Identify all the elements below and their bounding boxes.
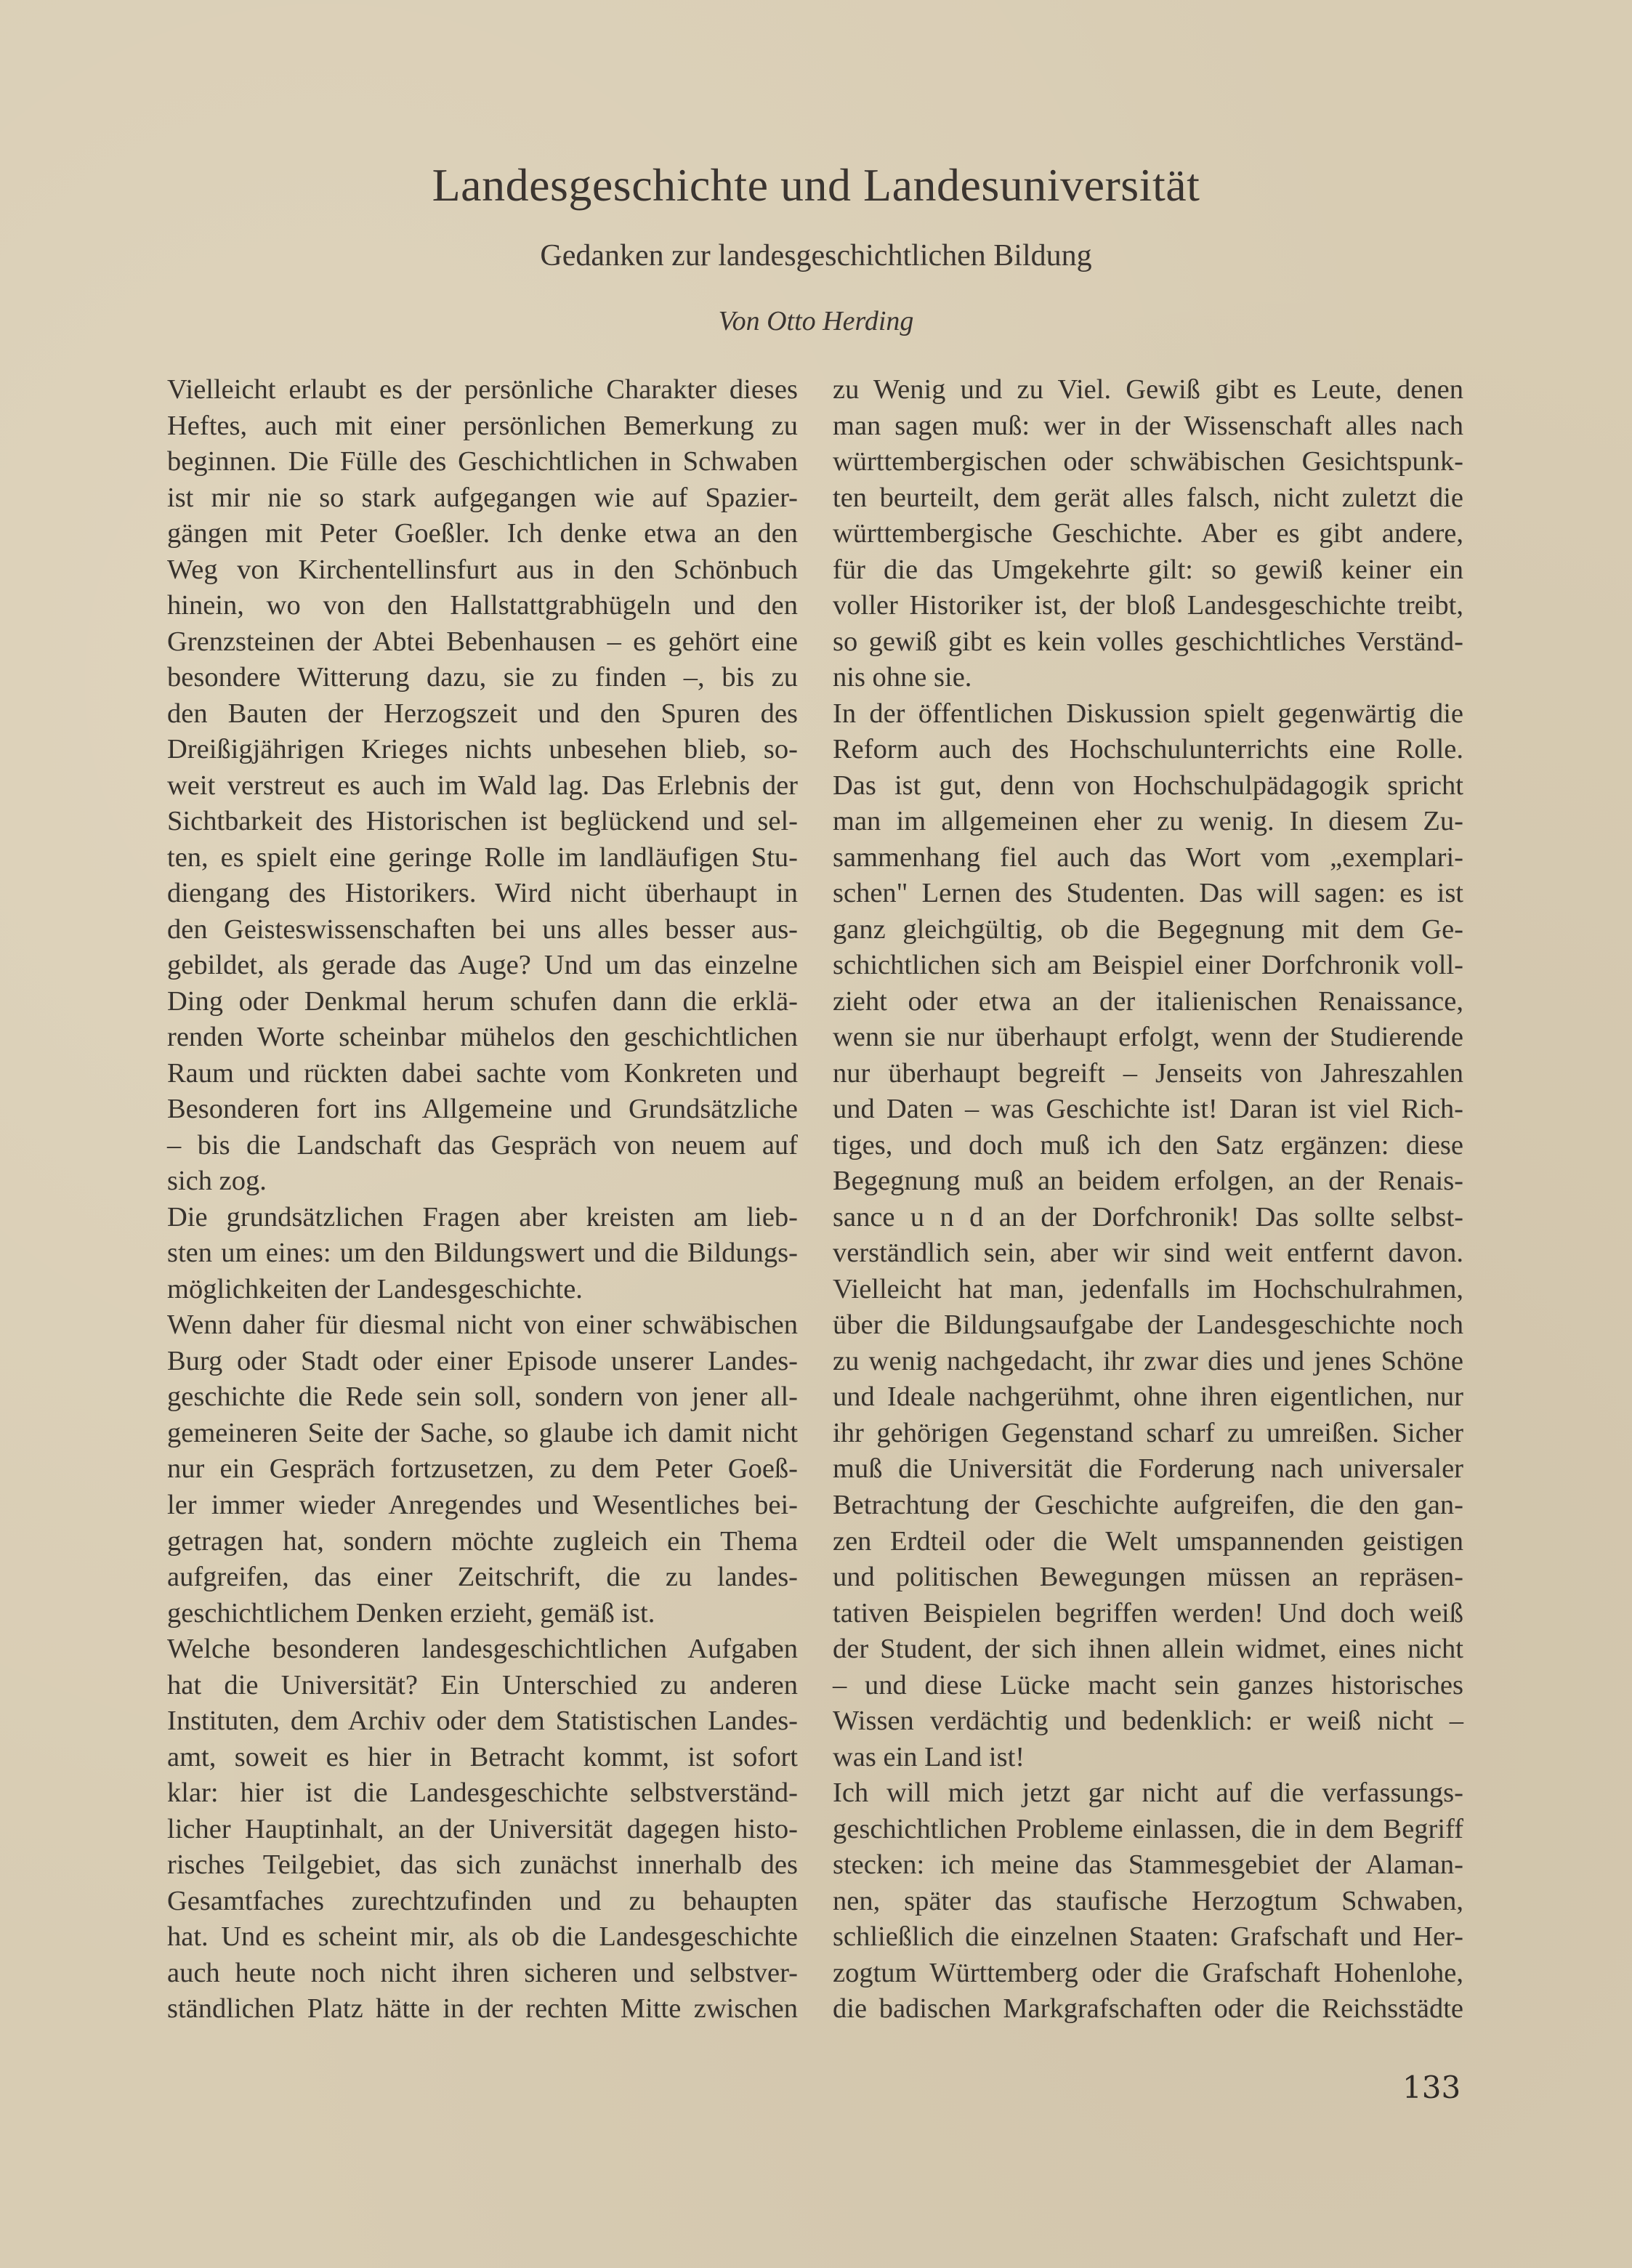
text-line: was ein Land ist!: [833, 1740, 1463, 1776]
text-line: Ich will mich jetzt gar nicht auf die ve…: [833, 1775, 1463, 1812]
text-line: nur ein Gespräch fortzusetzen, zu dem Pe…: [167, 1451, 798, 1488]
text-line: klar: hier ist die Landesgeschichte selb…: [167, 1775, 798, 1812]
text-line: beginnen. Die Fülle des Geschichtlichen …: [167, 444, 798, 480]
text-line: Besonderen fort ins Allgemeine und Grund…: [167, 1091, 798, 1128]
text-line: Burg oder Stadt oder einer Episode unser…: [167, 1344, 798, 1380]
text-line: Instituten, dem Archiv oder dem Statisti…: [167, 1703, 798, 1740]
text-line: ist mir nie so stark aufgegangen wie auf…: [167, 480, 798, 517]
text-line: Gesamtfaches zurechtzufinden und zu beha…: [167, 1884, 798, 1920]
text-line: Die grundsätzlichen Fragen aber kreisten…: [167, 1200, 798, 1236]
text-line: zogtum Württemberg oder die Grafschaft H…: [833, 1956, 1463, 1992]
article-title: Landesgeschichte und Landesuniversität: [0, 158, 1632, 212]
text-line: und Ideale nachgerühmt, ohne ihren eigen…: [833, 1379, 1463, 1416]
text-line: hat die Universität? Ein Unterschied zu …: [167, 1668, 798, 1704]
text-line: gebildet, als gerade das Auge? Und um da…: [167, 948, 798, 984]
text-line: Welche besonderen landesgeschichtlichen …: [167, 1631, 798, 1668]
text-line: sich zog.: [167, 1163, 798, 1200]
text-line: licher Hauptinhalt, an der Universität d…: [167, 1812, 798, 1848]
text-line: gängen mit Peter Goeßler. Ich denke etwa…: [167, 516, 798, 552]
text-line: man im allgemeinen eher zu wenig. In die…: [833, 804, 1463, 840]
text-line: ihr gehörigen Gegenstand scharf zu umrei…: [833, 1416, 1463, 1452]
text-line: ten beurteilt, dem gerät alles falsch, n…: [833, 480, 1463, 517]
text-line: Wenn daher für diesmal nicht von einer s…: [167, 1307, 798, 1344]
text-line: aufgreifen, das einer Zeitschrift, die z…: [167, 1559, 798, 1596]
text-line: Reform auch des Hochschulunterrichts ein…: [833, 732, 1463, 768]
text-line: besondere Witterung dazu, sie zu finden …: [167, 660, 798, 696]
text-line: hat. Und es scheint mir, als ob die Land…: [167, 1919, 798, 1956]
article-subtitle: Gedanken zur landesgeschichtlichen Bildu…: [0, 238, 1632, 273]
text-line: diengang des Historikers. Wird nicht übe…: [167, 876, 798, 912]
text-line: zu Wenig und zu Viel. Gewiß gibt es Leut…: [833, 372, 1463, 408]
text-line: Raum und rückten dabei sachte vom Konkre…: [167, 1056, 798, 1092]
text-line: – und diese Lücke macht sein ganzes hist…: [833, 1668, 1463, 1704]
text-line: nur überhaupt begreift – Jenseits von Ja…: [833, 1056, 1463, 1092]
text-line: gemeineren Seite der Sache, so glaube ic…: [167, 1416, 798, 1452]
text-line: ten, es spielt eine geringe Rolle im lan…: [167, 840, 798, 876]
text-line: schließlich die einzelnen Staaten: Grafs…: [833, 1919, 1463, 1956]
text-line: renden Worte scheinbar mühelos den gesch…: [167, 1020, 798, 1056]
text-line: voller Historiker ist, der bloß Landesge…: [833, 588, 1463, 624]
text-line: verständlich sein, aber wir sind weit en…: [833, 1235, 1463, 1272]
text-line: Grenzsteinen der Abtei Bebenhausen – es …: [167, 624, 798, 661]
text-line: auch heute noch nicht ihren sicheren und…: [167, 1956, 798, 1992]
text-line: sance u n d an der Dorfchronik! Das soll…: [833, 1200, 1463, 1236]
article-byline: Von Otto Herding: [0, 305, 1632, 337]
text-line: muß die Universität die Forderung nach u…: [833, 1451, 1463, 1488]
right-text-column: zu Wenig und zu Viel. Gewiß gibt es Leut…: [833, 372, 1463, 2027]
text-line: Ding oder Denkmal herum schufen dann die…: [167, 984, 798, 1020]
text-line: den Bauten der Herzogszeit und den Spure…: [167, 696, 798, 733]
text-line: Weg von Kirchentellinsfurt aus in den Sc…: [167, 552, 798, 589]
text-line: – bis die Landschaft das Gespräch von ne…: [167, 1128, 798, 1164]
text-line: Heftes, auch mit einer persönlichen Beme…: [167, 408, 798, 445]
text-line: württembergische Geschichte. Aber es gib…: [833, 516, 1463, 552]
text-line: Wissen verdächtig und bedenklich: er wei…: [833, 1703, 1463, 1740]
left-text-column: Vielleicht erlaubt es der persönliche Ch…: [167, 372, 798, 2027]
document-page: Landesgeschichte und Landesuniversität G…: [0, 0, 1632, 2268]
page-number: 133: [1402, 2070, 1461, 2105]
text-line: wenn sie nur überhaupt erfolgt, wenn der…: [833, 1020, 1463, 1056]
text-line: geschichte die Rede sein soll, sondern v…: [167, 1379, 798, 1416]
text-line: geschichtlichem Denken erzieht, gemäß is…: [167, 1596, 798, 1632]
text-line: und Daten – was Geschichte ist! Daran is…: [833, 1091, 1463, 1128]
text-line: tiges, und doch muß ich den Satz ergänze…: [833, 1128, 1463, 1164]
text-line: der Student, der sich ihnen allein widme…: [833, 1631, 1463, 1668]
text-line: ganz gleichgültig, ob die Begegnung mit …: [833, 912, 1463, 948]
text-line: Begegnung muß an beidem erfolgen, an der…: [833, 1163, 1463, 1200]
text-line: so gewiß gibt es kein volles geschichtli…: [833, 624, 1463, 661]
text-line: Das ist gut, denn von Hochschulpädagogik…: [833, 768, 1463, 804]
text-line: die badischen Markgrafschaften oder die …: [833, 1991, 1463, 2027]
text-line: In der öffentlichen Diskussion spielt ge…: [833, 696, 1463, 733]
text-line: schen" Lernen des Studenten. Das will sa…: [833, 876, 1463, 912]
text-line: ler immer wieder Anregendes und Wesentli…: [167, 1488, 798, 1524]
text-line: hinein, wo von den Hallstattgrabhügeln u…: [167, 588, 798, 624]
text-line: für die das Umgekehrte gilt: so gewiß ke…: [833, 552, 1463, 589]
text-line: schichtlichen sich am Beispiel einer Dor…: [833, 948, 1463, 984]
text-line: und politischen Bewegungen müssen an rep…: [833, 1559, 1463, 1596]
text-line: geschichtlichen Probleme einlassen, die …: [833, 1812, 1463, 1848]
text-line: amt, soweit es hier in Betracht kommt, i…: [167, 1740, 798, 1776]
text-line: württembergischen oder schwäbischen Gesi…: [833, 444, 1463, 480]
text-line: Vielleicht hat man, jedenfalls im Hochsc…: [833, 1272, 1463, 1308]
text-line: man sagen muß: wer in der Wissenschaft a…: [833, 408, 1463, 445]
text-line: möglichkeiten der Landesgeschichte.: [167, 1272, 798, 1308]
text-line: risches Teilgebiet, das sich zunächst in…: [167, 1847, 798, 1884]
text-line: weit verstreut es auch im Wald lag. Das …: [167, 768, 798, 804]
text-line: zieht oder etwa an der italienischen Ren…: [833, 984, 1463, 1020]
text-line: sammenhang fiel auch das Wort vom „exemp…: [833, 840, 1463, 876]
text-line: sten um eines: um den Bildungswert und d…: [167, 1235, 798, 1272]
text-line: nen, später das staufische Herzogtum Sch…: [833, 1884, 1463, 1920]
text-line: zu wenig nachgedacht, ihr zwar dies und …: [833, 1344, 1463, 1380]
text-line: ständlichen Platz hätte in der rechten M…: [167, 1991, 798, 2027]
text-line: den Geisteswissenschaften bei uns alles …: [167, 912, 798, 948]
text-line: getragen hat, sondern möchte zugleich ei…: [167, 1524, 798, 1560]
text-line: Betrachtung der Geschichte aufgreifen, d…: [833, 1488, 1463, 1524]
text-line: tativen Beispielen begriffen werden! Und…: [833, 1596, 1463, 1632]
text-line: stecken: ich meine das Stammesgebiet der…: [833, 1847, 1463, 1884]
text-line: zen Erdteil oder die Welt umspannenden g…: [833, 1524, 1463, 1560]
text-line: Dreißigjährigen Krieges nichts unbesehen…: [167, 732, 798, 768]
text-line: über die Bildungsaufgabe der Landesgesch…: [833, 1307, 1463, 1344]
text-line: nis ohne sie.: [833, 660, 1463, 696]
text-line: Vielleicht erlaubt es der persönliche Ch…: [167, 372, 798, 408]
text-line: Sichtbarkeit des Historischen ist beglüc…: [167, 804, 798, 840]
